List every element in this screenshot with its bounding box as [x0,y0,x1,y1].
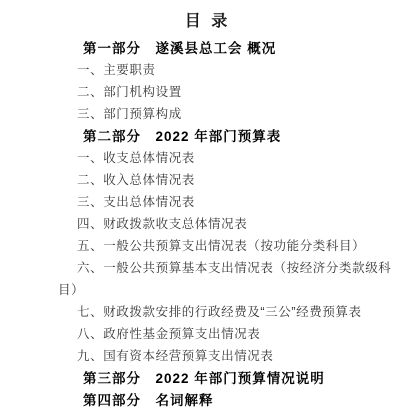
toc-item-2-5: 五、一般公共预算支出情况表（按功能分类科目） [0,234,415,256]
section-heading-part-3: 第三部分 2022 年部门预算情况说明 [0,366,415,388]
toc-item-1-1: 一、主要职责 [0,58,415,80]
toc-list: 第一部分 遂溪县总工会 概况 一、主要职责 二、部门机构设置 三、部门预算构成 … [0,36,415,410]
toc-item-1-3: 三、部门预算构成 [0,102,415,124]
toc-item-2-6-continuation: 目） [0,278,415,300]
toc-item-2-9: 九、国有资本经营预算支出情况表 [0,344,415,366]
document-page: 目 录 第一部分 遂溪县总工会 概况 一、主要职责 二、部门机构设置 三、部门预… [0,0,415,413]
toc-item-2-7: 七、财政拨款安排的行政经费及“三公”经费预算表 [0,300,415,322]
section-heading-part-4: 第四部分 名词解释 [0,388,415,410]
toc-item-2-1: 一、收支总体情况表 [0,146,415,168]
toc-item-2-8: 八、政府性基金预算支出情况表 [0,322,415,344]
toc-item-2-3: 三、支出总体情况表 [0,190,415,212]
section-heading-part-2: 第二部分 2022 年部门预算表 [0,124,415,146]
toc-item-2-4: 四、财政拨款收支总体情况表 [0,212,415,234]
toc-item-1-2: 二、部门机构设置 [0,80,415,102]
toc-item-2-2: 二、收入总体情况表 [0,168,415,190]
page-title: 目 录 [0,0,415,32]
section-heading-part-1: 第一部分 遂溪县总工会 概况 [0,36,415,58]
toc-item-2-6: 六、一般公共预算基本支出情况表（按经济分类款级科 [0,256,415,278]
